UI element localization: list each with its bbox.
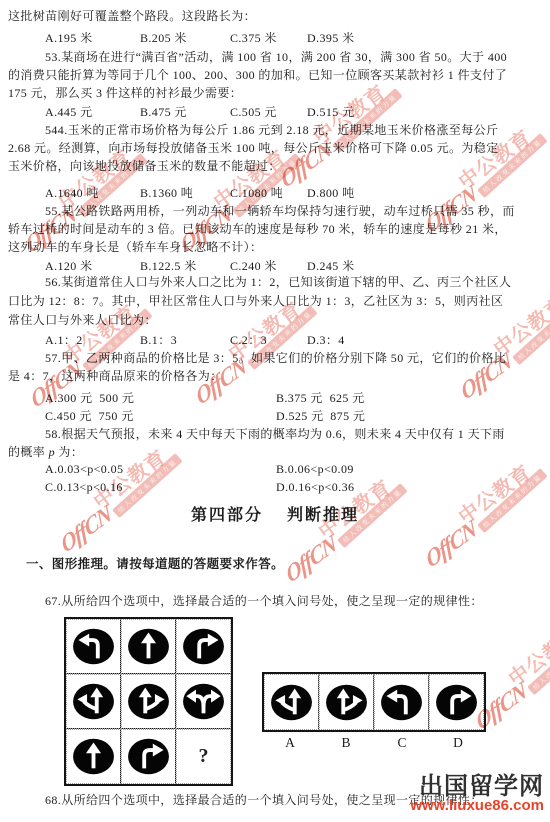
option-c: C.0.13<p<0.16	[45, 478, 123, 496]
puzzle-grid-cell	[121, 619, 176, 674]
answer-label: D	[430, 735, 486, 751]
scanned-exam-page: OffCN中公教育给人改变未来的力量OffCN中公教育给人改变未来的力量OffC…	[0, 0, 550, 822]
split-both-sign-icon	[179, 680, 228, 723]
q55-line-2: 轿车过桥的时间是动车的 3 倍。已知该动车的速度是每秒 70 米，轿车的速度是每…	[8, 220, 546, 238]
turn-right-sign-icon	[432, 681, 481, 724]
q56-line-1: 56.某街道常住人口与外来人口之比为 1：2，已知该街道下辖的甲、乙、丙三个社区…	[8, 273, 546, 291]
option-a: A.195 米	[45, 29, 92, 47]
q53-line-3: 175 元，那么买 3 件这样的衬衫最少需要：	[8, 84, 546, 102]
answer-cell-b	[319, 674, 374, 730]
answer-label: B	[318, 735, 374, 751]
q53-line-1: 53.某商场在进行“满百省”活动，满 100 省 10，满 200 省 30，满…	[8, 48, 546, 66]
section-title: 第四部分判断推理	[0, 502, 550, 525]
turn-right-sign-svg	[179, 625, 228, 668]
fork-left-sign-icon	[267, 681, 316, 724]
turn-right-sign-svg	[432, 681, 481, 724]
subsection-heading: 一、图形推理。请按每道题的答题要求作答。	[26, 554, 284, 572]
option-b: B.0.06<p<0.09	[276, 460, 354, 478]
straight-sign-svg	[69, 735, 118, 778]
q54-line-1: 544.玉米的正常市场价格为每公斤 1.86 元到 2.18 元，近期某地玉米价…	[8, 121, 546, 139]
q67-text: 67.从所给四个选项中，选择最合适的一个填入问号处，使之呈现一定的规律性：	[8, 592, 546, 610]
offcn-brand-text: 中公教育	[501, 619, 550, 692]
puzzle-grid-cell	[176, 674, 231, 729]
option-d: D.3：4	[307, 331, 345, 349]
answer-label: A	[262, 735, 318, 751]
puzzle-grid-cell	[176, 619, 231, 674]
q54-line-2: 2.68 元。经测算，向市场每投放储备玉米 100 吨，每公斤玉米价格可下降 0…	[8, 139, 546, 157]
option-c: C.505 元	[230, 103, 277, 121]
option-b: B.475 元	[140, 103, 187, 121]
straight-sign-svg	[124, 625, 173, 668]
option-c: C.2：3	[230, 331, 267, 349]
q58-line-1: 58.根据天气预报，未来 4 天中每天下雨的概率均为 0.6，则未来 4 天中仅…	[8, 425, 546, 443]
q67-answer-strip	[262, 672, 486, 732]
section-part: 第四部分	[191, 507, 263, 524]
option-c: C.1080 吨	[230, 184, 283, 202]
turn-left-sign-icon	[377, 681, 426, 724]
liuxue86-logo: 出国留学网 www.liuxue86.com	[410, 774, 544, 813]
puzzle-grid-cell	[66, 619, 121, 674]
answer-cell-d	[429, 674, 484, 730]
fork-right-sign-svg	[322, 681, 371, 724]
puzzle-grid-cell	[66, 674, 121, 729]
q56-line-3: 常住人口与外来人口比为：	[8, 311, 546, 329]
option-a: A.1640 吨	[45, 184, 99, 202]
question-mark: ?	[199, 745, 209, 767]
q55-line-1: 55.某公路铁路两用桥，一列动车和一辆轿车均保持匀速行驶，动车过桥只需 35 秒…	[8, 202, 546, 220]
offcn-slogan-band: 给人改变未来的力量	[527, 630, 550, 695]
fork-right-sign-icon	[322, 681, 371, 724]
q67-puzzle-grid: ?	[64, 617, 233, 786]
option-d: D.395 米	[307, 29, 354, 47]
turn-left-sign-icon	[69, 625, 118, 668]
q55-line-3: 这列动车的车身长是（轿车车身长忽略不计）：	[8, 238, 546, 256]
option-d: D.800 吨	[307, 184, 354, 202]
split-both-sign-svg	[179, 680, 228, 723]
turn-right-sign-svg	[124, 735, 173, 778]
turn-right-sign-icon	[179, 625, 228, 668]
q57-line-1: 57.甲、乙两种商品的价格比是 3：5。如果它们的价格分别下降 50 元，它们的…	[8, 349, 546, 367]
turn-left-sign-svg	[69, 625, 118, 668]
question-cell-content: ?	[199, 745, 209, 768]
fork-right-sign-svg	[124, 680, 173, 723]
option-a: A.1：2	[45, 331, 83, 349]
intro-line: 这批树苗刚好可覆盖整个路段。这段路长为：	[8, 7, 546, 25]
option-a: A.0.03<p<0.05	[45, 460, 123, 478]
straight-sign-icon	[69, 735, 118, 778]
option-d: D.515 元	[307, 103, 354, 121]
q58-line-2: 的概率 p 为：	[8, 443, 546, 461]
option-b: B.205 米	[140, 29, 187, 47]
option-d: D.525 元 875 元	[276, 407, 365, 425]
answer-cell-a	[264, 674, 319, 730]
section-name: 判断推理	[287, 507, 359, 524]
option-d: D.0.16<p<0.36	[276, 478, 354, 496]
option-a: A.445 元	[45, 103, 92, 121]
puzzle-grid-cell	[121, 674, 176, 729]
q54-line-3: 玉米价格，向该地投放储备玉米的数量不能超过：	[8, 157, 546, 175]
fork-left-sign-svg	[69, 680, 118, 723]
puzzle-grid-cell	[66, 729, 121, 784]
fork-right-sign-icon	[124, 680, 173, 723]
turn-right-sign-icon	[124, 735, 173, 778]
option-b: B.375 元 625 元	[276, 389, 365, 407]
answer-label: C	[374, 735, 430, 751]
q56-line-2: 口比为 12：8：7。其中，甲社区常住人口与外来人口比为 1：3，乙社区为 3：…	[8, 292, 546, 310]
q53-line-2: 的消费只能折算为等同于几个 100、200、300 的加和。已知一位顾客买某款衬…	[8, 66, 546, 84]
liuxue86-logo-url: www.liuxue86.com	[410, 798, 544, 813]
puzzle-grid-cell: ?	[176, 729, 231, 784]
answer-cell-c	[374, 674, 429, 730]
puzzle-grid-cell	[121, 729, 176, 784]
q67-answer-labels: ABCD	[262, 735, 486, 751]
option-b: B.1360 吨	[140, 184, 193, 202]
turn-left-sign-svg	[377, 681, 426, 724]
option-a: A.300 元 500 元	[45, 389, 134, 407]
fork-left-sign-svg	[267, 681, 316, 724]
offcn-logo-text: OffCN	[283, 530, 340, 590]
option-c: C.450 元 750 元	[45, 407, 134, 425]
q57-line-2: 是 4：7，这两种商品原来的价格各为：	[8, 367, 546, 385]
option-b: B.1：3	[140, 331, 177, 349]
fork-left-sign-icon	[69, 680, 118, 723]
straight-sign-icon	[124, 625, 173, 668]
option-c: C.375 米	[230, 29, 277, 47]
